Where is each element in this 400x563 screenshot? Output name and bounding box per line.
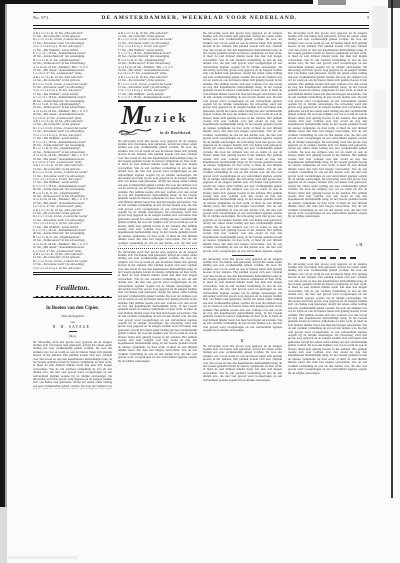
article-text: De uitvoering werd met groote zorg gegev… (203, 258, 282, 336)
article-text: De uitvoering werd met groote zorg gegev… (288, 32, 367, 242)
section-numeral: II. (203, 338, 282, 343)
agenda-list: A m s t e r d a m. 10 Jan. „Het oude lie… (33, 32, 112, 270)
scan-smudge (318, 0, 346, 5)
column-3: De uitvoering werd met groote zorg gegev… (203, 32, 282, 389)
scan-smudge (8, 556, 78, 559)
serial-title: In Boeien van den Cipier. (33, 306, 112, 311)
scanned-newspaper-page: No. 971. DE AMSTERDAMMER, WEEKBLAD VOOR … (0, 0, 400, 563)
column-2: A m s t e r d a m. 10 Jan. „Het oude lie… (118, 32, 197, 389)
muziek-title-rest: uziek (144, 110, 189, 126)
article-text: De uitvoering werd met groote zorg gegev… (203, 345, 282, 386)
scan-edge-top (0, 0, 313, 4)
dashed-divider (300, 257, 356, 259)
scan-edge-right (391, 0, 393, 498)
section-divider (33, 272, 112, 276)
column-1: A m s t e r d a m. 10 Jan. „Het oude lie… (33, 32, 112, 389)
dotted-divider (118, 248, 197, 249)
article-text: De uitvoering werd met groote zorg gegev… (288, 263, 367, 377)
muziek-masthead: M uziek in de Hoofdstad. (118, 104, 197, 140)
agenda-list-continued: A m s t e r d a m. 10 Jan. „Het oude lie… (118, 32, 197, 98)
newspaper-content: No. 971. DE AMSTERDAMMER, WEEKBLAD VOOR … (33, 12, 369, 389)
short-divider (317, 249, 339, 250)
scan-streak (374, 90, 386, 160)
scan-edge-left-soft (5, 0, 7, 507)
serial-source: Naar het Engelsch (33, 314, 112, 318)
scan-smudge (0, 507, 7, 563)
column-layout: A m s t e r d a m. 10 Jan. „Het oude lie… (33, 32, 369, 389)
serial-body-text: De uitvoering werd met groote zorg gegev… (33, 341, 112, 389)
small-rule (69, 331, 77, 332)
feuilleton-heading: Feuilleton. (33, 283, 112, 292)
scan-smudge (388, 0, 400, 8)
muziek-article-text: De uitvoering werd met groote zorg gegev… (118, 251, 197, 382)
flourish-ornament-icon (118, 126, 152, 138)
ornate-rule (33, 296, 112, 298)
serial-part-label: (Slot.) (33, 334, 112, 338)
article-text: De uitvoering werd met groote zorg gegev… (203, 32, 282, 253)
scan-streak (372, 6, 388, 48)
masthead: No. 971. DE AMSTERDAMMER, WEEKBLAD VOOR … (33, 15, 369, 24)
column-4: De uitvoering werd met groote zorg gegev… (288, 32, 367, 389)
muziek-article-text: De uitvoering werd met groote zorg gegev… (118, 140, 197, 246)
serial-author: R. H. SAVAGE. (33, 325, 112, 329)
serial-van: van (33, 320, 112, 324)
page-number: 3 (349, 15, 369, 20)
muziek-subtitle: in de Hoofdstad. (160, 131, 192, 135)
newspaper-title: DE AMSTERDAMMER, WEEKBLAD VOOR NEDERLAND… (101, 15, 297, 21)
header-top-rule (33, 12, 369, 13)
short-divider (232, 255, 254, 256)
header-bottom-rule (33, 25, 369, 29)
author-signature: v. M. (288, 243, 367, 247)
issue-number: No. 971. (33, 15, 50, 20)
